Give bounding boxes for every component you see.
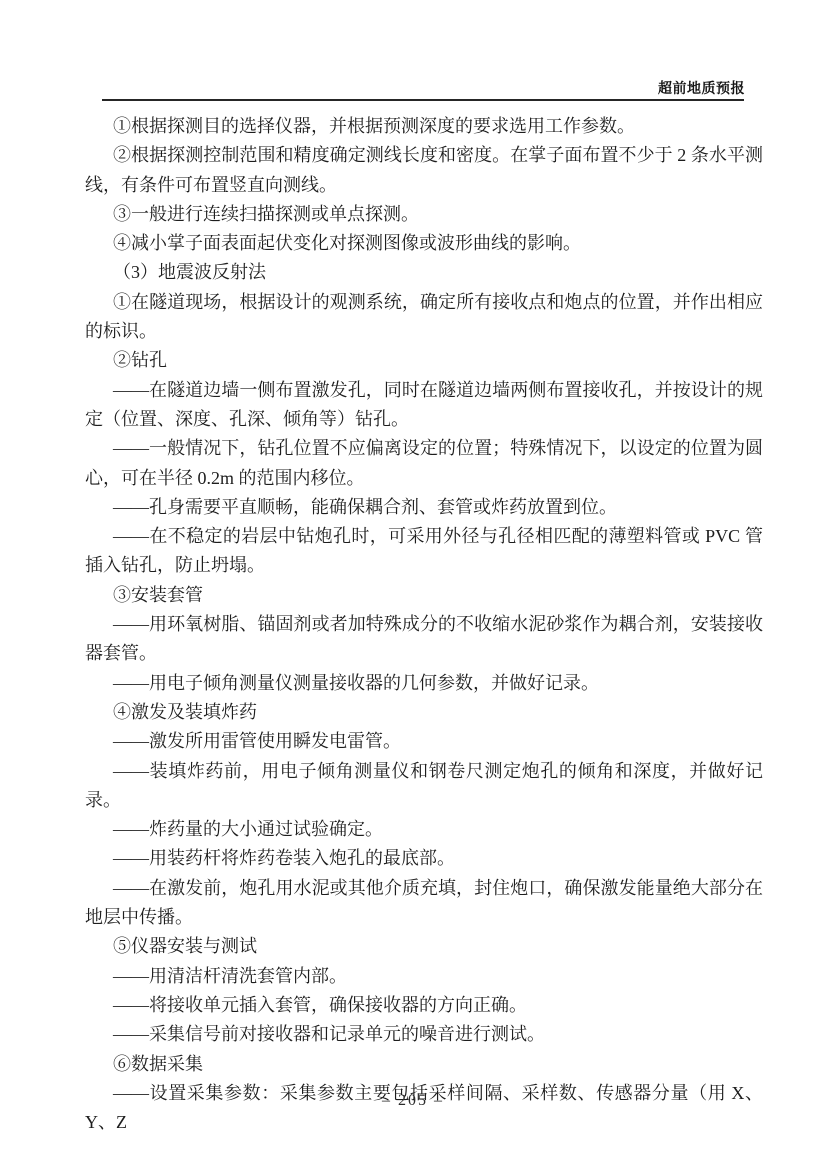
paragraph: ①根据探测目的选择仪器，并根据预测深度的要求选用工作参数。 (85, 112, 763, 141)
paragraph: ——一般情况下，钻孔位置不应偏离设定的位置；特殊情况下，以设定的位置为圆心，可在… (85, 434, 763, 493)
document-page: 超前地质预报 ①根据探测目的选择仪器，并根据预测深度的要求选用工作参数。②根据探… (0, 0, 826, 1169)
paragraph: ——在隧道边墙一侧布置激发孔，同时在隧道边墙两侧布置接收孔，并按设计的规定（位置… (85, 376, 763, 435)
paragraph: ④激发及装填炸药 (85, 698, 763, 727)
paragraph: ——激发所用雷管使用瞬发电雷管。 (85, 727, 763, 756)
document-body: ①根据探测目的选择仪器，并根据预测深度的要求选用工作参数。②根据探测控制范围和精… (85, 112, 763, 1137)
paragraph: ⑥数据采集 (85, 1050, 763, 1079)
paragraph: ——用电子倾角测量仪测量接收器的几何参数，并做好记录。 (85, 669, 763, 698)
paragraph: ⑤仪器安装与测试 (85, 932, 763, 961)
paragraph: ——将接收单元插入套管，确保接收器的方向正确。 (85, 991, 763, 1020)
page-footer: – 205 – (0, 1092, 826, 1110)
paragraph: ——孔身需要平直顺畅，能确保耦合剂、套管或炸药放置到位。 (85, 493, 763, 522)
paragraph: ——采集信号前对接收器和记录单元的噪音进行测试。 (85, 1020, 763, 1049)
paragraph: ③一般进行连续扫描探测或单点探测。 (85, 200, 763, 229)
paragraph: ②钻孔 (85, 346, 763, 375)
running-title: 超前地质预报 (658, 78, 745, 98)
paragraph: （3）地震波反射法 (85, 258, 763, 287)
paragraph: ——用装药杆将炸药卷装入炮孔的最底部。 (85, 844, 763, 873)
paragraph: ——在激发前，炮孔用水泥或其他介质充填，封住炮口，确保激发能量绝大部分在地层中传… (85, 874, 763, 933)
paragraph: ④减小掌子面表面起伏变化对探测图像或波形曲线的影响。 (85, 229, 763, 258)
paragraph: ——装填炸药前，用电子倾角测量仪和钢卷尺测定炮孔的倾角和深度，并做好记录。 (85, 757, 763, 816)
paragraph: ③安装套管 (85, 581, 763, 610)
paragraph: ——用清洁杆清洗套管内部。 (85, 962, 763, 991)
paragraph: ②根据探测控制范围和精度确定测线长度和密度。在掌子面布置不少于 2 条水平测线，… (85, 141, 763, 200)
paragraph: ——在不稳定的岩层中钻炮孔时，可采用外径与孔径相匹配的薄塑料管或 PVC 管插入… (85, 522, 763, 581)
page-number: – 205 – (382, 1092, 444, 1109)
paragraph: ①在隧道现场，根据设计的观测系统，确定所有接收点和炮点的位置，并作出相应的标识。 (85, 288, 763, 347)
header-rule (102, 99, 744, 101)
paragraph: ——用环氧树脂、锚固剂或者加特殊成分的不收缩水泥砂浆作为耦合剂，安装接收器套管。 (85, 610, 763, 669)
paragraph: ——炸药量的大小通过试验确定。 (85, 815, 763, 844)
